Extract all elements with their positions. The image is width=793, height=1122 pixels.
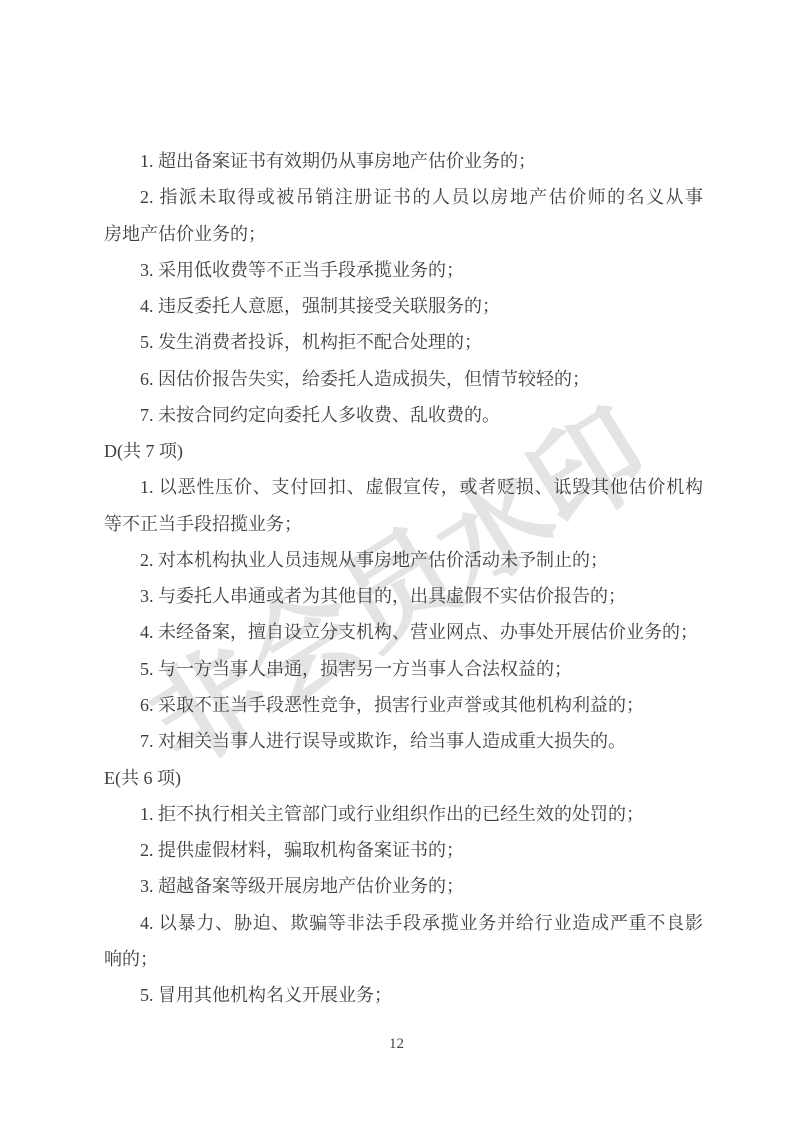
document-line: 6. 因估价报告失实，给委托人造成损失，但情节较轻的； [104,361,703,397]
document-line: 等不正当手段招揽业务； [104,506,703,542]
document-line: 1. 以恶性压价、支付回扣、虚假宣传，或者贬损、诋毁其他估价机构 [104,469,703,505]
document-line: 1. 超出备案证书有效期仍从事房地产估价业务的； [104,143,703,179]
document-line: 5. 与一方当事人串通，损害另一方当事人合法权益的； [104,651,703,687]
document-line: 2. 提供虚假材料，骗取机构备案证书的； [104,832,703,868]
page-number: 12 [0,1036,793,1053]
document-line: 3. 超越备案等级开展房地产估价业务的； [104,868,703,904]
document-line: 2. 指派未取得或被吊销注册证书的人员以房地产估价师的名义从事 [104,179,703,215]
document-line: 3. 采用低收费等不正当手段承揽业务的； [104,252,703,288]
document-line: 5. 冒用其他机构名义开展业务； [104,977,703,1013]
document-line: 3. 与委托人串通或者为其他目的，出具虚假不实估价报告的； [104,578,703,614]
document-page: 非会员水印 1. 超出备案证书有效期仍从事房地产估价业务的；2. 指派未取得或被… [0,0,793,1122]
document-line: 5. 发生消费者投诉，机构拒不配合处理的； [104,324,703,360]
section-header: D(共 7 项) [104,433,703,469]
document-line: 2. 对本机构执业人员违规从事房地产估价活动未予制止的； [104,542,703,578]
document-line: 1. 拒不执行相关主管部门或行业组织作出的已经生效的处罚的； [104,796,703,832]
document-line: 响的； [104,941,703,977]
document-line: 4. 违反委托人意愿，强制其接受关联服务的； [104,288,703,324]
document-line: 4. 未经备案，擅自设立分支机构、营业网点、办事处开展估价业务的； [104,614,703,650]
document-line: 房地产估价业务的； [104,216,703,252]
document-line: 6. 采取不正当手段恶性竞争，损害行业声誉或其他机构利益的； [104,687,703,723]
section-header: E(共 6 项) [104,760,703,796]
document-line: 7. 对相关当事人进行误导或欺诈，给当事人造成重大损失的。 [104,723,703,759]
document-body: 1. 超出备案证书有效期仍从事房地产估价业务的；2. 指派未取得或被吊销注册证书… [104,143,703,1013]
document-line: 4. 以暴力、胁迫、欺骗等非法手段承揽业务并给行业造成严重不良影 [104,905,703,941]
document-line: 7. 未按合同约定向委托人多收费、乱收费的。 [104,397,703,433]
